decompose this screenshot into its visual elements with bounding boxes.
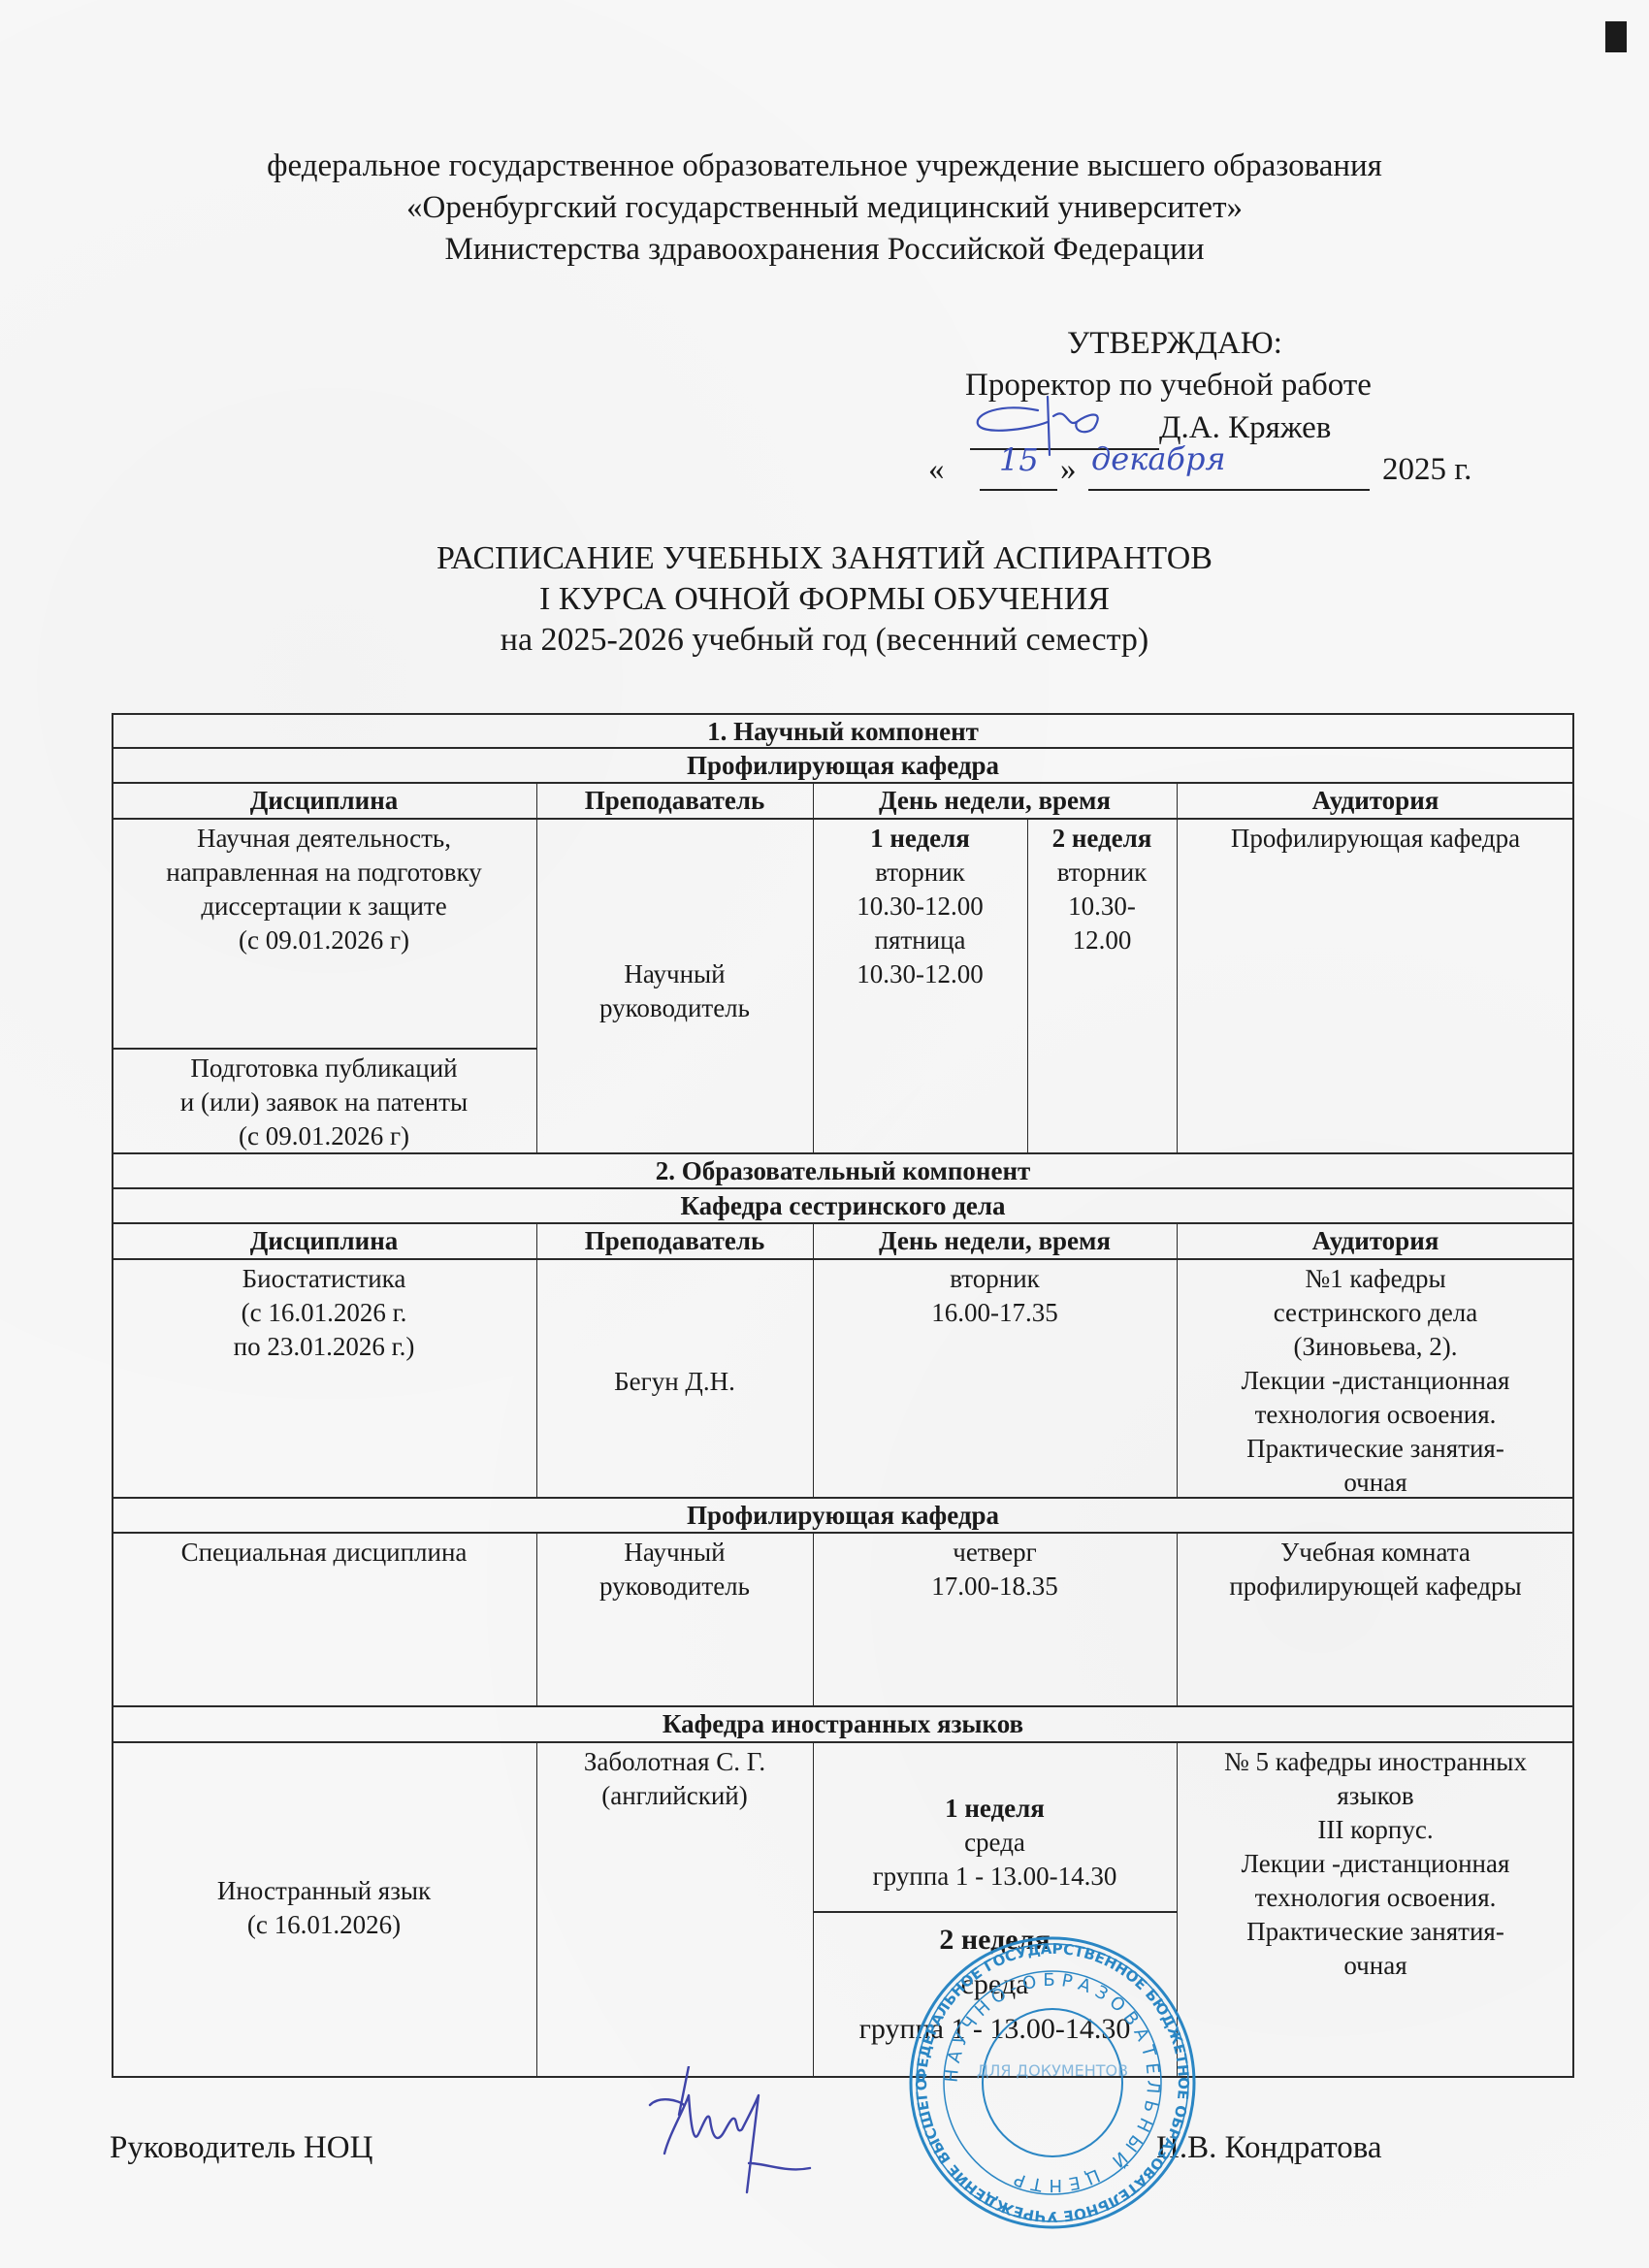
row-divider xyxy=(813,1911,1177,1913)
approval-date: « xyxy=(928,449,945,491)
scan-corner-mark xyxy=(1605,21,1627,52)
section-title: 2. Образовательный компонент xyxy=(112,1152,1574,1187)
time-cell: вторник 16.00-17.35 xyxy=(813,1260,1177,1330)
room-cell: №1 кафедры сестринского дела (Зиновьева,… xyxy=(1177,1260,1574,1500)
org-line: Министерства здравоохранения Российской … xyxy=(0,229,1649,271)
week1-time-cell: 1 неделя среда группа 1 - 13.00-14.30 xyxy=(813,1790,1177,1894)
title-line: I КУРСА ОЧНОЙ ФОРМЫ ОБУЧЕНИЯ xyxy=(0,579,1649,620)
date-close-quote: » xyxy=(1060,449,1077,491)
discipline-cell: Подготовка публикаций и (или) заявок на … xyxy=(112,1050,536,1153)
discipline-cell: Специальная дисциплина xyxy=(112,1534,536,1570)
department-title: Профилирующая кафедра xyxy=(112,1497,1574,1532)
department-title: Кафедра сестринского дела xyxy=(112,1187,1574,1222)
discipline-cell: Биостатистика (с 16.01.2026 г. по 23.01.… xyxy=(112,1260,536,1364)
date-month-handwritten: декабря xyxy=(1091,440,1226,477)
room-cell: Учебная комната профилирующей кафедры xyxy=(1177,1534,1574,1604)
column-header-room: Аудитория xyxy=(1177,1222,1574,1258)
column-header-discipline: Дисциплина xyxy=(112,1222,536,1258)
room-cell: № 5 кафедры иностранных языков III корпу… xyxy=(1177,1743,1574,1983)
room-cell: Профилирующая кафедра xyxy=(1177,820,1574,856)
teacher-cell: Научный руководитель xyxy=(536,1534,813,1604)
date-month-line xyxy=(1088,489,1370,491)
date-day-line xyxy=(980,489,1057,491)
column-header-teacher: Преподаватель xyxy=(536,782,813,818)
week1-time-cell: 1 неделя вторник 10.30-12.00 пятница 10.… xyxy=(813,820,1027,991)
date-day-handwritten: 15 xyxy=(999,441,1039,478)
date-year: 2025 г. xyxy=(1382,449,1471,491)
org-line: федеральное государственное образователь… xyxy=(0,146,1649,187)
stamp-center-text: ДЛЯ ДОКУМЕНТОВ xyxy=(977,2061,1128,2080)
week2-time-cell: 2 неделя вторник 10.30- 12.00 xyxy=(1027,820,1177,957)
official-stamp: ФЕДЕРАЛЬНОЕ ГОСУДАРСТВЕННОЕ БЮДЖЕТНОЕ ОБ… xyxy=(907,1935,1198,2231)
organization-header: федеральное государственное образователь… xyxy=(0,146,1649,271)
section-title: 1. Научный компонент xyxy=(112,713,1574,747)
discipline-cell: Научная деятельность, направленная на по… xyxy=(112,820,536,957)
column-header-room: Аудитория xyxy=(1177,782,1574,818)
title-line: РАСПИСАНИЕ УЧЕБНЫХ ЗАНЯТИЙ АСПИРАНТОВ xyxy=(0,538,1649,579)
time-cell: четверг 17.00-18.35 xyxy=(813,1534,1177,1604)
date-open-quote: « xyxy=(928,452,945,487)
teacher-cell: Бегун Д.Н. xyxy=(536,1363,813,1399)
column-header-time: День недели, время xyxy=(813,1222,1177,1258)
teacher-cell: Заболотная С. Г. (английский) xyxy=(536,1743,813,1813)
title-line: на 2025-2026 учебный год (весенний семес… xyxy=(0,620,1649,661)
col-divider xyxy=(536,1222,537,1497)
department-title: Кафедра иностранных языков xyxy=(112,1705,1574,1741)
department-title: Профилирующая кафедра xyxy=(112,747,1574,782)
approval-title: УТВЕРЖДАЮ: xyxy=(1067,323,1282,365)
column-header-teacher: Преподаватель xyxy=(536,1222,813,1258)
column-header-time: День недели, время xyxy=(813,782,1177,818)
footer-role: Руководитель НОЦ xyxy=(110,2130,372,2166)
teacher-cell: Научный руководитель xyxy=(536,956,813,1025)
column-header-discipline: Дисциплина xyxy=(112,782,536,818)
head-signature xyxy=(640,2066,873,2202)
schedule-title: РАСПИСАНИЕ УЧЕБНЫХ ЗАНЯТИЙ АСПИРАНТОВ I … xyxy=(0,538,1649,661)
discipline-cell: Иностранный язык (с 16.01.2026) xyxy=(112,1872,536,1942)
org-line: «Оренбургский государственный медицински… xyxy=(0,187,1649,229)
